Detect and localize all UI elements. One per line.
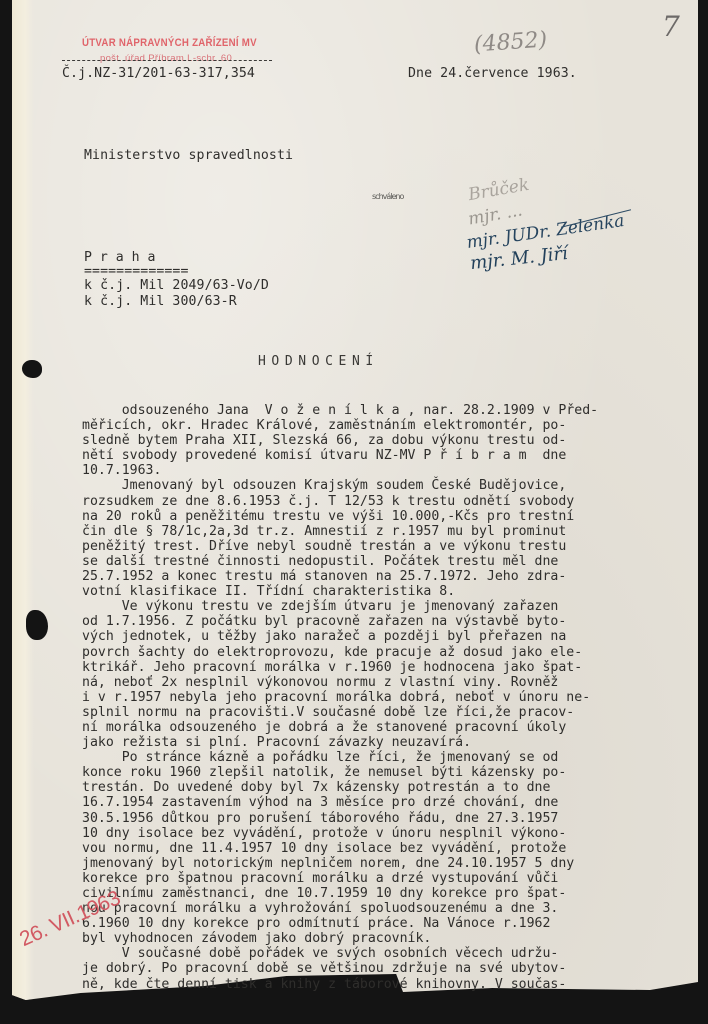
body-line: vou normu, dne 11.4.1957 10 dny isolace …: [82, 841, 598, 856]
body-line: byl vyhodnocen závodem jako dobrý pracov…: [82, 931, 598, 946]
scanned-document: ÚTVAR NÁPRAVNÝCH ZAŘÍZENÍ MV pošt. úřad …: [0, 0, 708, 1024]
faint-handwritten-mark: schváleno: [372, 192, 403, 201]
body-line: Ve výkonu trestu ve zdejším útvaru je jm…: [82, 599, 598, 614]
reference-number: Č.j.NZ-31/201-63-317,354: [62, 66, 255, 81]
body-line: 16.7.1954 zastavením výhod na 3 měsíce p…: [82, 795, 598, 810]
body-line: na 20 roků a peněžitému trestu ve výši 1…: [82, 509, 598, 524]
reference-line-2: k č.j. Mil 300/63-R: [84, 294, 237, 309]
body-line: jmenovaný byl notorickým neplničem norem…: [82, 856, 598, 871]
body-line: jako režista si plní. Pracovní závazky n…: [82, 735, 598, 750]
document-date: Dne 24.července 1963.: [408, 66, 577, 81]
body-line: peněžitý trest. Dříve nebyl soudně trest…: [82, 539, 598, 554]
body-line: povrch šachty do elektroprovozu, kde pra…: [82, 645, 598, 660]
body-line: měřicích, okr. Hradec Králové, zaměstnán…: [82, 418, 598, 433]
body-line: korekce pro špatnou pracovní morálku a d…: [82, 871, 598, 886]
body-line: nětí svobody provedené komisí útvaru NZ-…: [82, 448, 598, 463]
body-line: 10 dny isolace bez vyvádění, protože v ú…: [82, 826, 598, 841]
paper-fold-edge: [12, 0, 34, 1000]
addressee-city: P r a h a: [84, 250, 155, 265]
body-line: V současné době pořádek ve svých osobníc…: [82, 946, 598, 961]
body-line: 25.7.1952 a konec trestu má stanoven na …: [82, 569, 598, 584]
body-line: i v r.1957 nebyla jeho pracovní morálka …: [82, 690, 598, 705]
body-line: nou pracovní morálku a vyhrožování spolu…: [82, 901, 598, 916]
body-line: konce roku 1960 zlepšil natolik, že nemu…: [82, 765, 598, 780]
body-line: trestán. Do uvedené doby byl 7x kázensky…: [82, 780, 598, 795]
body-line: votní klasifikace II. Třídní charakteris…: [82, 584, 598, 599]
body-line: 10.7.1963.: [82, 463, 598, 478]
body-line: rozsudkem ze dne 8.6.1953 č.j. T 12/53 k…: [82, 494, 598, 509]
reference-line-1: k č.j. Mil 2049/63-Vo/D: [84, 278, 269, 293]
body-line: se další trestné činnosti nedopustil. Po…: [82, 554, 598, 569]
body-line: sledně bytem Praha XII, Slezská 66, za d…: [82, 433, 598, 448]
body-line: ktrikář. Jeho pracovní morálka v r.1960 …: [82, 660, 598, 675]
body-line: odsouzeného Jana V o ž e n í l k a , nar…: [82, 403, 598, 418]
body-line: čin dle § 78/1c,2a,3d tr.z. Amnestií z r…: [82, 524, 598, 539]
body-line: ně, kde čte denní tisk a knihy z táborov…: [82, 977, 598, 992]
body-line: vých jednotek, u těžby jako naražeč a po…: [82, 629, 598, 644]
body-line: civilnímu zaměstnanci, dne 10.7.1959 10 …: [82, 886, 598, 901]
body-line: je dobrý. Po pracovní době se většinou z…: [82, 961, 598, 976]
body-line: ná, neboť 2x nesplnil výkonovou normu z …: [82, 675, 598, 690]
body-line: 6.1960 10 dny korekce pro odmítnutí prác…: [82, 916, 598, 931]
pencil-note: (4852): [473, 27, 548, 57]
body-line: splnil normu na pracovišti.V současné do…: [82, 705, 598, 720]
body-line: Jmenovaný byl odsouzen Krajským soudem Č…: [82, 478, 598, 493]
page-mark: 7: [662, 10, 680, 43]
institution-stamp-address: pošt. úřad Příbram I.-schr. 60: [100, 53, 232, 64]
body-line: 30.5.1956 důtkou pro porušení táborového…: [82, 811, 598, 826]
body-line: Po stránce kázně a pořádku lze říci, že …: [82, 750, 598, 765]
city-underline: =============: [84, 264, 189, 279]
document-title: HODNOCENÍ: [258, 354, 379, 369]
punch-hole: [22, 360, 42, 378]
document-body: odsouzeného Jana V o ž e n í l k a , nar…: [82, 403, 598, 992]
punch-hole: [26, 610, 48, 640]
addressee: Ministerstvo spravedlnosti: [84, 148, 293, 163]
strike-through-line: [62, 60, 272, 61]
body-line: ní morálka odsouzeného je dobrá a že sta…: [82, 720, 598, 735]
institution-stamp-header: ÚTVAR NÁPRAVNÝCH ZAŘÍZENÍ MV: [82, 37, 257, 49]
body-line: od 1.7.1956. Z počátku byl pracovně zařa…: [82, 614, 598, 629]
